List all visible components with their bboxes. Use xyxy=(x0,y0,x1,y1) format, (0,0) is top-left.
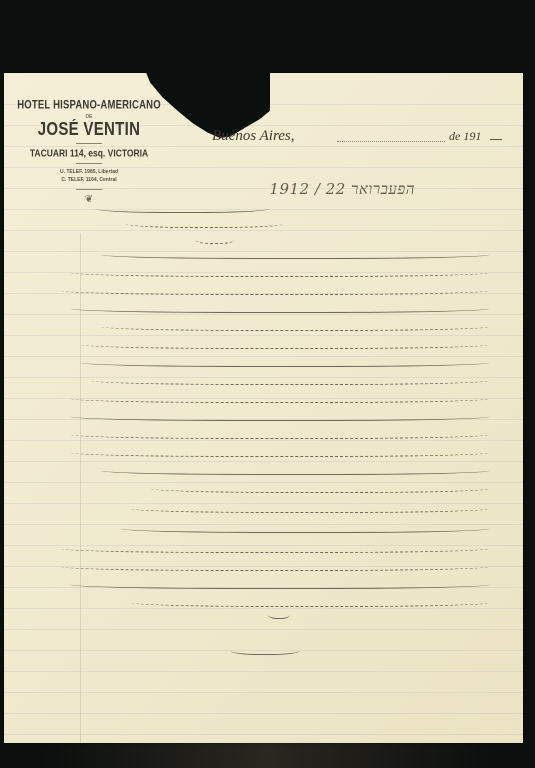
letterhead-divider xyxy=(76,189,102,190)
letterhead-name: JOSÉ VENTIN xyxy=(14,119,164,139)
handwritten-line xyxy=(130,500,490,514)
handwritten-line xyxy=(130,594,490,608)
handwritten-line xyxy=(70,426,490,440)
letterhead-divider xyxy=(76,143,102,144)
handwritten-line xyxy=(70,444,490,458)
handwritten-line xyxy=(70,390,490,404)
letterhead-hotel: HOTEL HISPANO-AMERICANO xyxy=(14,99,164,113)
handwritten-line xyxy=(100,246,490,260)
handwritten-line xyxy=(70,408,490,422)
letterhead-phone: C. TELEF. 1164, Central xyxy=(14,176,164,184)
handwritten-line xyxy=(60,282,490,296)
handwritten-line xyxy=(70,576,490,590)
handwritten-line xyxy=(60,540,490,554)
handwritten-signature xyxy=(230,642,300,656)
handwritten-line xyxy=(100,462,490,476)
letterhead-divider xyxy=(76,163,102,164)
handwritten-date: 1912 / 22 ‎הפעברואר xyxy=(269,180,415,199)
handwritten-closing xyxy=(268,606,290,620)
letterhead: HOTEL HISPANO-AMERICANO DE JOSÉ VENTIN T… xyxy=(14,100,164,205)
dateline: Buenos Aires, de 191 xyxy=(212,128,502,148)
handwritten-line xyxy=(125,215,285,229)
letterhead-address: TACUARI 114, esq. VICTORIA xyxy=(14,147,164,159)
handwritten-line xyxy=(195,231,235,245)
handwritten-line xyxy=(60,558,490,572)
handwritten-line xyxy=(90,372,490,386)
handwritten-line xyxy=(80,336,490,350)
handwritten-line xyxy=(70,264,490,278)
dateline-dots xyxy=(337,141,445,142)
handwritten-line xyxy=(80,354,490,368)
dateline-dash xyxy=(490,139,502,140)
letterhead-phone: U. TELEF. 1985, Libertad xyxy=(14,168,164,176)
handwritten-line xyxy=(120,520,490,534)
dateline-city: Buenos Aires, xyxy=(212,128,295,145)
handwritten-line xyxy=(100,318,490,332)
handwritten-line xyxy=(70,300,490,314)
dateline-year: de 191 xyxy=(449,129,481,144)
handwritten-line xyxy=(95,200,270,214)
handwritten-line xyxy=(150,480,490,494)
